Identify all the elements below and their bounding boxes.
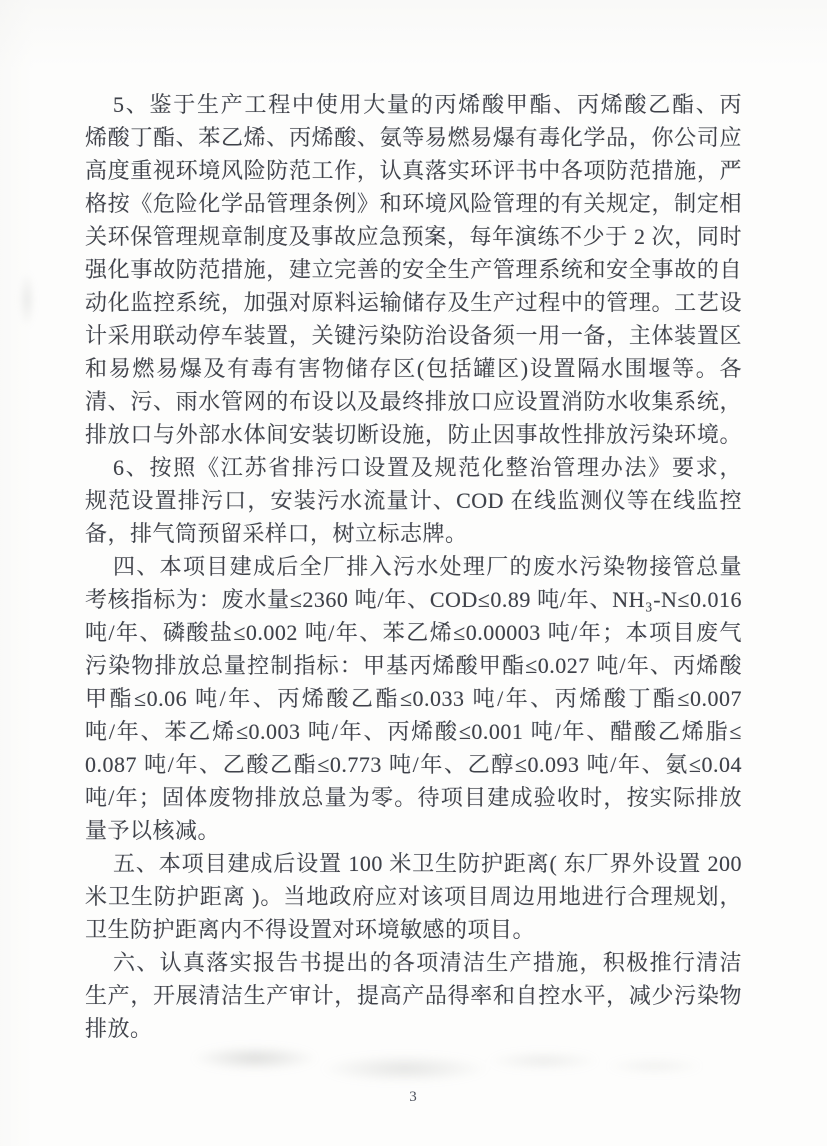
text-line: 四、本项目建成后全厂排入污水处理厂的废水污染物接管总量 bbox=[85, 550, 742, 583]
text-line: 甲酯≤0.06 吨/年、丙烯酸乙酯≤0.033 吨/年、丙烯酸丁酯≤0.007 bbox=[85, 682, 742, 715]
text-line: 生产，开展清洁生产审计，提高产品得率和自控水平，减少污染物 bbox=[85, 979, 742, 1012]
text-line: 五、本项目建成后设置 100 米卫生防护距离( 东厂界外设置 200 bbox=[85, 847, 742, 880]
text-line: 考核指标为：废水量≤2360 吨/年、COD≤0.89 吨/年、NH₃-N≤0.… bbox=[85, 583, 742, 616]
scan-smudge bbox=[14, 252, 40, 347]
text-line: 米卫生防护距离 )。当地政府应对该项目周边用地进行合理规划， bbox=[85, 880, 742, 913]
document-text-block: 5、鉴于生产工程中使用大量的丙烯酸甲酯、丙烯酸乙酯、丙 烯酸丁酯、苯乙烯、丙烯酸… bbox=[85, 88, 742, 1045]
text-line: 污染物排放总量控制指标：甲基丙烯酸甲酯≤0.027 吨/年、丙烯酸 bbox=[85, 649, 742, 682]
scanned-document-page: 5、鉴于生产工程中使用大量的丙烯酸甲酯、丙烯酸乙酯、丙 烯酸丁酯、苯乙烯、丙烯酸… bbox=[0, 0, 827, 1146]
text-line: 排放。 bbox=[85, 1012, 742, 1045]
text-line: 吨/年、苯乙烯≤0.003 吨/年、丙烯酸≤0.001 吨/年、醋酸乙烯脂≤ bbox=[85, 715, 742, 748]
text-line: 清、污、雨水管网的布设以及最终排放口应设置消防水收集系统， bbox=[85, 385, 742, 418]
text-line: 0.087 吨/年、乙酸乙酯≤0.773 吨/年、乙醇≤0.093 吨/年、氨≤… bbox=[85, 748, 742, 781]
text-line: 六、认真落实报告书提出的各项清洁生产措施，积极推行清洁 bbox=[85, 946, 742, 979]
text-line: 高度重视环境风险防范工作，认真落实环评书中各项防范措施，严 bbox=[85, 154, 742, 187]
text-line: 关环保管理规章制度及事故应急预案，每年演练不少于 2 次，同时 bbox=[85, 220, 742, 253]
text-line: 6、按照《江苏省排污口设置及规范化整治管理办法》要求， bbox=[85, 451, 742, 484]
text-line: 卫生防护距离内不得设置对环境敏感的项目。 bbox=[85, 913, 742, 946]
text-line: 备，排气筒预留采样口，树立标志牌。 bbox=[85, 517, 742, 550]
text-line: 动化监控系统，加强对原料运输储存及生产过程中的管理。工艺设 bbox=[85, 286, 742, 319]
page-number: 3 bbox=[398, 1086, 428, 1108]
text-line: 吨/年、磷酸盐≤0.002 吨/年、苯乙烯≤0.00003 吨/年；本项目废气 bbox=[85, 616, 742, 649]
text-line: 计采用联动停车装置，关键污染防治设备须一用一备，主体装置区 bbox=[85, 319, 742, 352]
text-line: 规范设置排污口，安装污水流量计、COD 在线监测仪等在线监控设 bbox=[85, 484, 742, 517]
text-line: 和易燃易爆及有毒有害物储存区(包括罐区)设置隔水围堰等。各 bbox=[85, 352, 742, 385]
text-line: 烯酸丁酯、苯乙烯、丙烯酸、氨等易燃易爆有毒化学品，你公司应 bbox=[85, 121, 742, 154]
text-line: 排放口与外部水体间安装切断设施，防止因事故性排放污染环境。 bbox=[85, 418, 742, 451]
scan-smudge bbox=[155, 1040, 710, 1092]
text-line: 吨/年；固体废物排放总量为零。待项目建成验收时，按实际排放 bbox=[85, 781, 742, 814]
text-line: 格按《危险化学品管理条例》和环境风险管理的有关规定，制定相 bbox=[85, 187, 742, 220]
text-line: 量予以核减。 bbox=[85, 814, 742, 847]
text-line: 强化事故防范措施，建立完善的安全生产管理系统和安全事故的自 bbox=[85, 253, 742, 286]
text-line: 5、鉴于生产工程中使用大量的丙烯酸甲酯、丙烯酸乙酯、丙 bbox=[85, 88, 742, 121]
